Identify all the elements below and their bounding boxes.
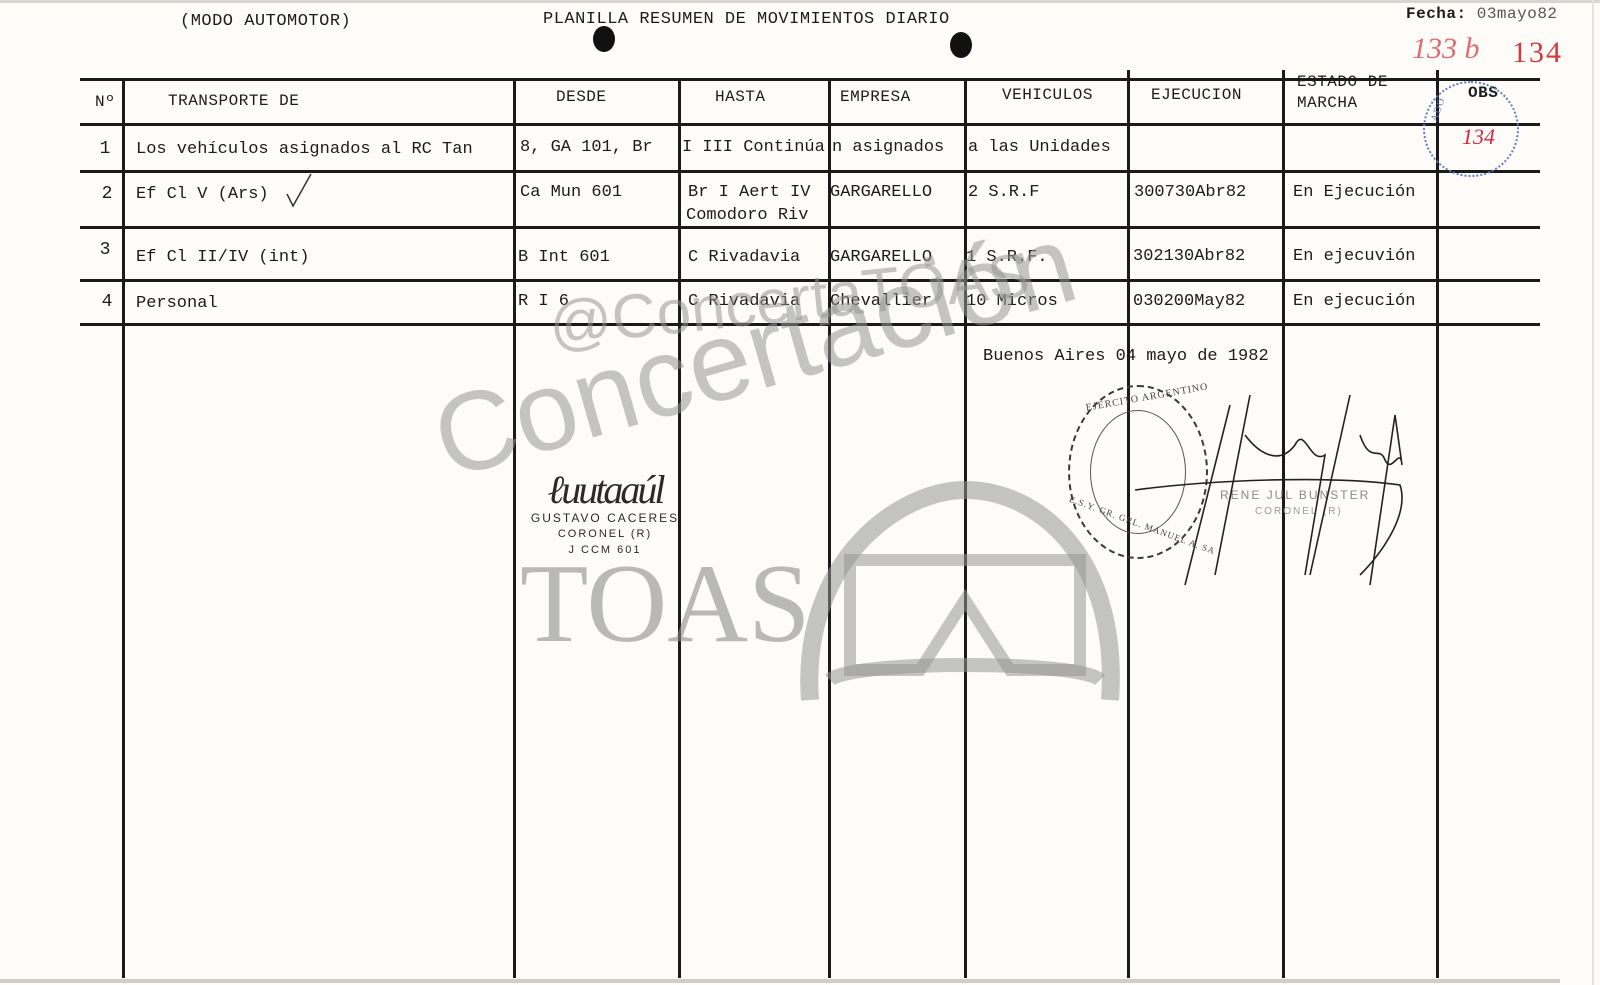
watermark-toas: TOAS xyxy=(520,540,810,669)
column-header-ejecucion: EJECUCION xyxy=(1151,86,1242,104)
cell-estado: En ejecuvión xyxy=(1293,246,1415,268)
cell-hasta: Br I Aert IV xyxy=(688,182,810,204)
signer-rank: CORONEL (R) xyxy=(520,526,690,542)
row-rule xyxy=(80,323,1540,326)
cell-estado: En Ejecución xyxy=(1293,182,1415,204)
page-edge-bottom xyxy=(0,979,1560,983)
cell-transporte: Ef Cl V (Ars) xyxy=(136,184,269,206)
cell-hasta: C Rivadavia xyxy=(688,291,800,313)
header-bottom-rule xyxy=(80,123,1540,126)
place-date: Buenos Aires 04 mayo de 1982 xyxy=(983,347,1269,366)
cell-ejecucion: 302130Abr82 xyxy=(1133,246,1245,268)
row1-segment: n asignados xyxy=(832,137,944,159)
row1-segment: Los vehículos asignados al RC Tan xyxy=(136,139,473,161)
transport-mode: (MODO AUTOMOTOR) xyxy=(180,12,351,31)
cell-empresa: GARGARELLO xyxy=(830,247,932,269)
cell-transporte: Ef Cl II/IV (int) xyxy=(136,247,309,269)
row-number: 2 xyxy=(92,184,122,204)
column-header-hasta: HASTA xyxy=(715,88,766,106)
cell-vehiculos: 10 Micros xyxy=(966,291,1058,313)
cell-hasta: C Rivadavia xyxy=(688,247,800,269)
page-edge-right xyxy=(1592,0,1594,985)
cell-hasta-line2: Comodoro Riv xyxy=(686,205,808,227)
signature-scribble: ℓuutaaúl xyxy=(520,470,690,510)
punch-hole-icon xyxy=(593,26,615,52)
cell-desde: R I 6 xyxy=(518,291,569,313)
cell-vehiculos: 2 S.R.F xyxy=(968,182,1039,204)
signature-block-left: ℓuutaaúl GUSTAVO CACERES CORONEL (R) J C… xyxy=(520,470,690,558)
obs-handwritten: 134 xyxy=(1462,124,1495,150)
punch-hole-icon xyxy=(950,32,972,58)
signer-unit: J CCM 601 xyxy=(520,542,690,558)
column-rule xyxy=(1436,70,1439,978)
row1-segment: 8, GA 101, Br xyxy=(520,137,653,159)
row-rule xyxy=(80,279,1540,282)
column-header-transporte: TRANSPORTE DE xyxy=(168,92,299,110)
cell-empresa: GARGARELLO xyxy=(830,182,932,204)
column-rule xyxy=(122,78,125,978)
cell-desde: B Int 601 xyxy=(518,247,610,269)
checkmark-icon xyxy=(285,172,315,212)
row-number: 1 xyxy=(90,139,120,159)
row-number: 4 xyxy=(92,292,122,312)
column-header-vehiculos: VEHICULOS xyxy=(1002,86,1093,104)
folio-number: 134 xyxy=(1512,36,1563,70)
signature-scribble-right xyxy=(1130,375,1420,590)
date-label: Fecha: xyxy=(1406,5,1467,23)
cell-empresa: Chevallier xyxy=(830,291,932,313)
row-number: 3 xyxy=(90,240,120,260)
column-header-estado: ESTADO DE MARCHA xyxy=(1297,72,1427,114)
row-rule xyxy=(80,226,1540,229)
column-rule xyxy=(513,78,516,978)
date-value: 03mayo82 xyxy=(1477,5,1558,23)
cell-transporte: Personal xyxy=(136,293,218,315)
cell-desde: Ca Mun 601 xyxy=(520,182,622,204)
row1-segment: a las Unidades xyxy=(968,137,1111,159)
cell-vehiculos: 1 S.R.F. xyxy=(966,247,1048,269)
signer-name: GUSTAVO CACERES xyxy=(520,510,690,526)
cell-ejecucion: 300730Abr82 xyxy=(1134,182,1246,204)
column-header-desde: DESDE xyxy=(556,88,607,106)
column-header-empresa: EMPRESA xyxy=(840,88,911,106)
row1-segment: I III Continúa xyxy=(682,137,825,159)
folio-handwritten: 133 b xyxy=(1412,32,1480,66)
cell-ejecucion: 030200May82 xyxy=(1133,291,1245,313)
column-header-no: Nº xyxy=(95,93,115,111)
page-edge-top xyxy=(0,0,1600,3)
document-date: Fecha: 03mayo82 xyxy=(1406,5,1558,23)
cell-estado: En ejecución xyxy=(1293,291,1415,313)
